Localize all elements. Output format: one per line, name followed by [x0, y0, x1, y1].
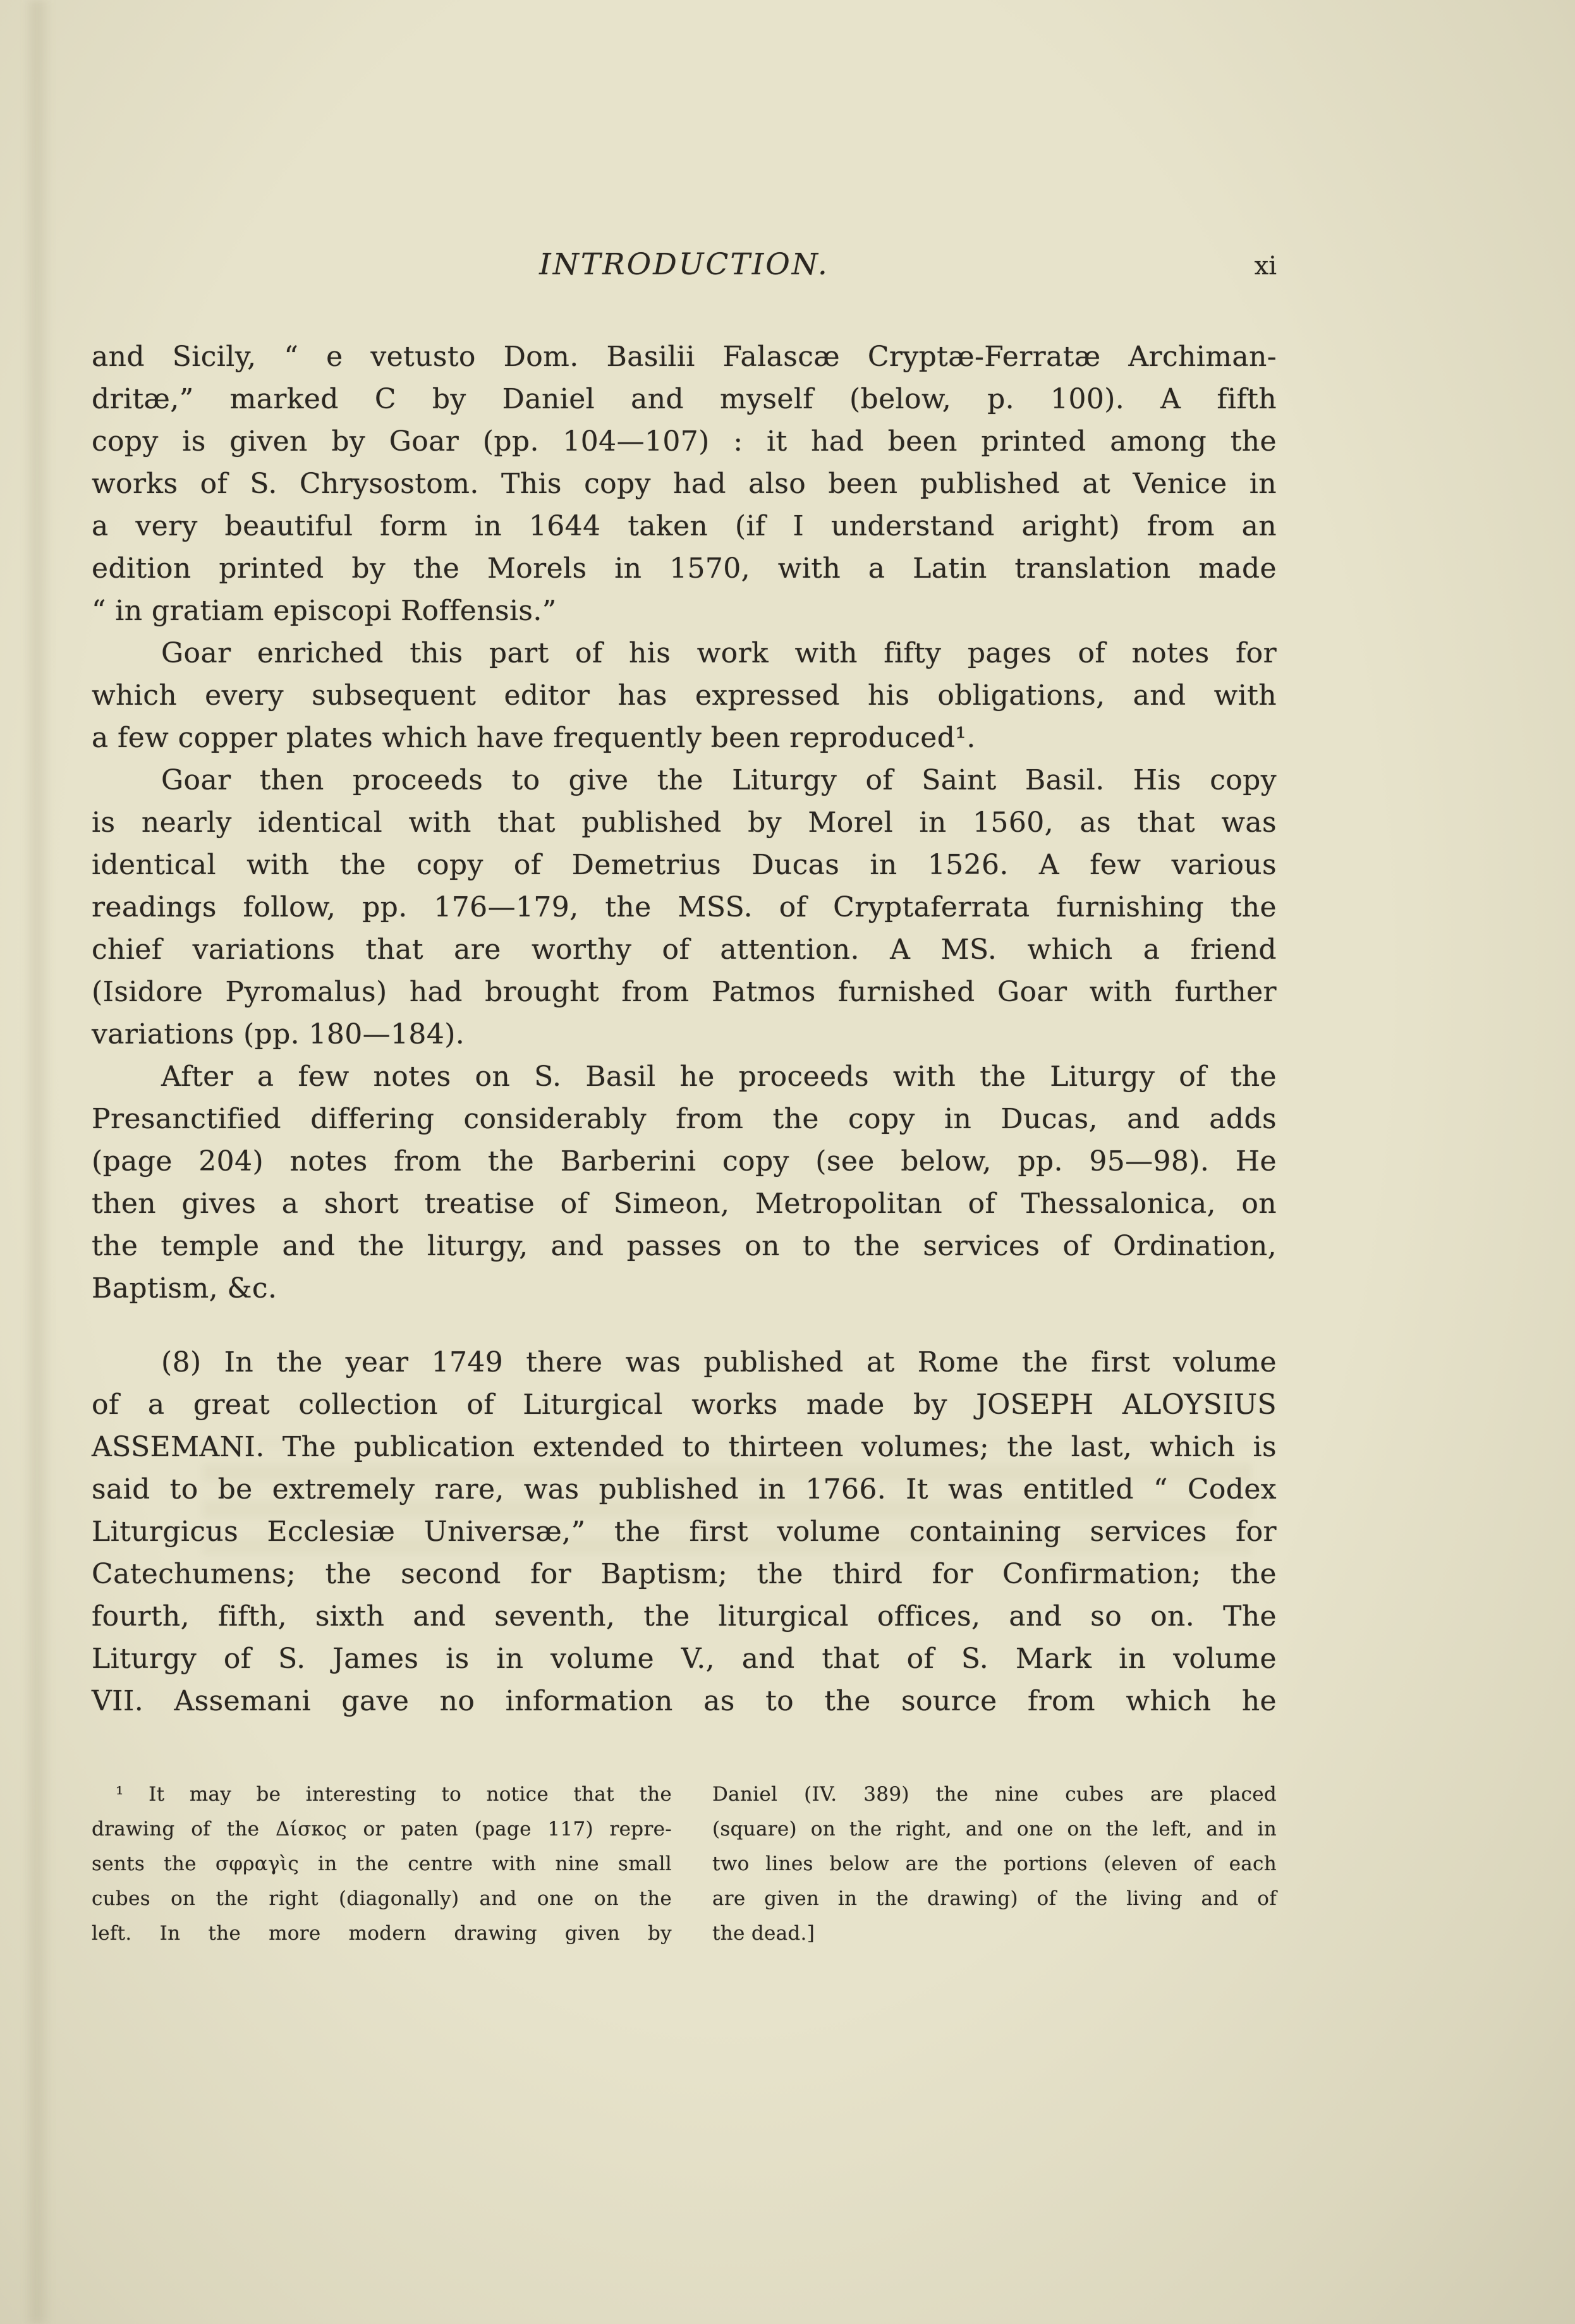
book-page-scan: INTRODUCTION. xi and Sicily, “ e vetusto…	[0, 0, 1575, 2324]
text-line: fourth, fifth, sixth and seventh, the li…	[92, 1595, 1277, 1638]
text-line: Goar then proceeds to give the Liturgy o…	[92, 759, 1277, 801]
text-line: said to be extremely rare, was published…	[92, 1468, 1277, 1511]
paragraph-2: Goar enriched this part of his work with…	[92, 632, 1277, 759]
footnote-line: are given in the drawing) of the living …	[712, 1882, 1277, 1916]
text-line: “ in gratiam episcopi Roffensis.”	[92, 590, 1277, 632]
text-line: the temple and the liturgy, and passes o…	[92, 1225, 1277, 1267]
text-line: Liturgy of S. James is in volume V., and…	[92, 1638, 1277, 1680]
text-line: VII. Assemani gave no information as to …	[92, 1680, 1277, 1722]
text-line: a very beautiful form in 1644 taken (if …	[92, 505, 1277, 547]
footnote-line: drawing of the Δίσκος or paten (page 117…	[92, 1812, 672, 1847]
text-line: readings follow, pp. 176—179, the MSS. o…	[92, 886, 1277, 928]
footnote-column-left: ¹ It may be interesting to notice that t…	[92, 1777, 672, 1951]
text-line: works of S. Chrysostom. This copy had al…	[92, 463, 1277, 505]
footnote-line: ¹ It may be interesting to notice that t…	[92, 1777, 672, 1812]
text-line: of a great collection of Liturgical work…	[92, 1384, 1277, 1426]
text-line: (Isidore Pyromalus) had brought from Pat…	[92, 971, 1277, 1013]
footnote-line: sents the σφραγὶς in the centre with nin…	[92, 1847, 672, 1882]
text-line: chief variations that are worthy of atte…	[92, 928, 1277, 971]
footnote-line: the dead.]	[712, 1916, 1277, 1951]
text-line: a few copper plates which have frequentl…	[92, 717, 1277, 759]
text-line: (8) In the year 1749 there was published…	[92, 1341, 1277, 1384]
page-crease	[24, 0, 52, 2324]
text-line: Baptism, &c.	[92, 1267, 1277, 1310]
text-line: is nearly identical with that published …	[92, 801, 1277, 844]
paragraph-5: (8) In the year 1749 there was published…	[92, 1341, 1277, 1722]
text-line: dritæ,” marked C by Daniel and myself (b…	[92, 378, 1277, 420]
paragraph-4: After a few notes on S. Basil he proceed…	[92, 1056, 1277, 1310]
footnote-line: left. In the more modern drawing given b…	[92, 1916, 672, 1951]
footnote-line: Daniel (IV. 389) the nine cubes are plac…	[712, 1777, 1277, 1812]
text-line: After a few notes on S. Basil he proceed…	[92, 1056, 1277, 1098]
footnote-line: two lines below are the portions (eleven…	[712, 1847, 1277, 1882]
paragraph-1: and Sicily, “ e vetusto Dom. Basilii Fal…	[92, 336, 1277, 632]
main-text-block: and Sicily, “ e vetusto Dom. Basilii Fal…	[92, 336, 1277, 1722]
text-line: which every subsequent editor has expres…	[92, 674, 1277, 717]
page-title: INTRODUCTION.	[92, 248, 1277, 281]
text-line: and Sicily, “ e vetusto Dom. Basilii Fal…	[92, 336, 1277, 378]
footnote-column-right: Daniel (IV. 389) the nine cubes are plac…	[712, 1777, 1277, 1951]
text-line: edition printed by the Morels in 1570, w…	[92, 547, 1277, 590]
text-line: Catechumens; the second for Baptism; the…	[92, 1553, 1277, 1595]
text-line: then gives a short treatise of Simeon, M…	[92, 1183, 1277, 1225]
text-line: Goar enriched this part of his work with…	[92, 632, 1277, 674]
paragraph-3: Goar then proceeds to give the Liturgy o…	[92, 759, 1277, 1056]
text-line: identical with the copy of Demetrius Duc…	[92, 844, 1277, 886]
text-line: Presanctified differing considerably fro…	[92, 1098, 1277, 1140]
footnote-line: cubes on the right (diagonally) and one …	[92, 1882, 672, 1916]
text-line: copy is given by Goar (pp. 104—107) : it…	[92, 420, 1277, 463]
running-header: INTRODUCTION. xi	[92, 248, 1277, 286]
text-line: variations (pp. 180—184).	[92, 1013, 1277, 1056]
text-line: Liturgicus Ecclesiæ Universæ,” the first…	[92, 1511, 1277, 1553]
page-number: xi	[1255, 250, 1277, 283]
footnote-line: (square) on the right, and one on the le…	[712, 1812, 1277, 1847]
text-line: (page 204) notes from the Barberini copy…	[92, 1140, 1277, 1183]
text-line: ASSEMANI. The publication extended to th…	[92, 1426, 1277, 1468]
